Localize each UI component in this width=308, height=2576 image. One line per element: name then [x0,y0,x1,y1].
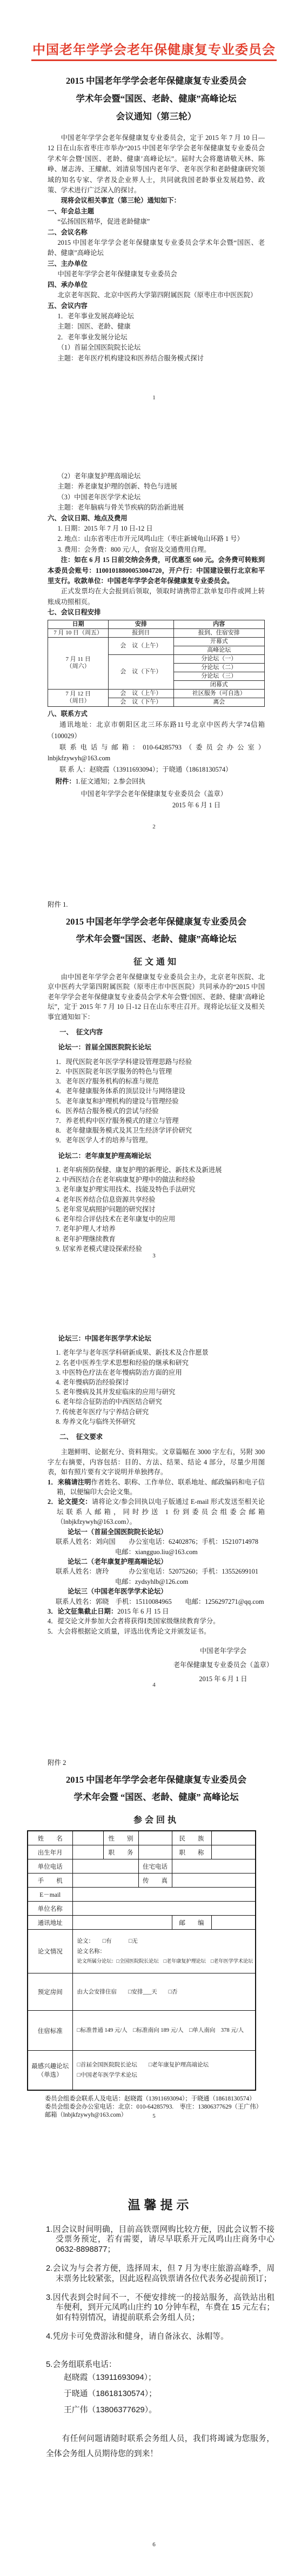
list-item: 9．老年医学人才的培养与管理。 [48,1135,265,1145]
page-5: 附件 2 2015 中国老年学学会老年保健康复专业委员会 学术年会暨 “国医、老… [0,1716,308,2145]
call-for-papers-body: 由中国老年学学会老年保健康复专业委员会主办，北京老年医院、北京中医药大学第四附属… [48,972,265,1254]
list-item: 4. 老年慢病防治经验探讨 [48,1377,265,1387]
favorite-line: □中国老年医学学术论坛 [77,2070,253,2080]
tip-item: 5.会务组联系电话： [46,2360,274,2370]
ethnicity-label: 民 族 [172,1831,211,1845]
schedule-cell: 报到日 [109,628,173,637]
list-item: 6．医养结合服务模式的尝试与经验 [48,1106,265,1116]
section-heading: 四、承办单位 [48,280,265,290]
schedule-cell: 报到、住宿安排 [173,628,264,637]
list-item: 1. 日期：2015 年 7 月 10 日-12 日 [48,524,265,534]
contact-line: 联系人姓名：唐玲 办公室电话：52075260；手机：13552699101 [48,1567,265,1576]
list-item: 6. 老年综合评估技术在老年康复中的应用 [48,1214,265,1224]
schedule-cell: 闭幕式 [173,680,264,689]
form-row: 通讯地址 邮 编 [28,1916,256,1930]
page1-body: 中国老年学学会老年保健康复专业委员会，定于 2015 年 7 月 10 日—12… [0,133,308,364]
schedule-cell-date: 7 月 11 日 （周六） [48,637,109,689]
requirement-item: 1．来稿请注明作者姓名、职称、工作单位、联系地址、邮政编码和电子信箱，以便编印大… [48,1477,265,1497]
requirement-item: 3．论文征集截止日期：2015 年 6 月 15 日 [48,1607,265,1616]
item-number: 3． [48,1608,57,1615]
phone-line: 王广伟（13806377629）。 [46,2402,274,2418]
item-bold-label: 论文提交： [58,1498,92,1506]
form-row: 姓 名 性 别 民 族 [28,1831,256,1845]
intro-paragraph: 中国老年学学会老年保健康复专业委员会，定于 2015 年 7 月 10 日—12… [48,133,265,196]
org-field [72,1902,256,1916]
standard-line: □标准普通 149 元/人 □标准南向 189 元/人 □单人南向 378 元/… [77,2025,253,2036]
mobile-label: 手 机 [28,1874,72,1888]
list-item: 4．老年健康服务体系的顶层设计与网络建设 [48,1086,265,1096]
forum-heading: 论坛二：老年康复护理高端论坛 [48,1151,265,1161]
duty-label: 职 务 [103,1845,138,1859]
contact-line: 联系人姓名：刘向国 办公室电话：62402876；手机：15210714978 [48,1537,265,1547]
attachments-line: 附件：1.征文通知；2.参会回执 [48,777,265,787]
work-tel-field [72,1859,138,1874]
table-row: 7 月 12 日 （周日） 会 议（上午） 社区服务（可自选） [48,689,265,698]
contact-email-line: 电邮：xiangguo.liu@163.com [48,1547,265,1557]
item-number: 2． [48,1498,58,1506]
list-item: 主题：老年脑病与骨关节疾病的防治新进展 [48,503,265,513]
forum-heading: 论坛三：中国老年医学学术论坛 [48,1334,265,1343]
list-item: 1. 老年病预防保健、康复护理的新理论、新技术及新进展 [48,1165,265,1175]
fee-note-paragraph: 注：如在 6 月 15 日前交纳会务费，可优惠至 600 元。会务费可转账到本委… [48,555,265,586]
schedule-cell: 社区服务（可自选） [173,689,264,698]
title-line-3: 会议通知（第三轮） [48,108,265,125]
section-heading: 三、主办单位 [48,259,265,269]
page-6: 温馨提示 1.因会议时间明确，目前高铁票网购比较方便，因此会议暂不接受票务预定，… [0,2145,308,2576]
list-item: 3. 中医特色疗法在老年慢病防治方面的应用 [48,1368,265,1377]
section-heading: 二、 征文要求 [48,1432,265,1442]
tips-title: 温馨提示 [46,2145,274,2213]
attachments-list: 1.征文通知；2.参会回执 [76,778,145,785]
committee-contact-line: 委员会组委会办公室电话：北京：010-64285793. 枣庄：13806377… [45,2103,265,2111]
schedule-cell: 7 月 10 日（周五） [48,628,109,637]
org-name-header: 中国老年学学会老年保健康复专业委员会 [31,39,277,61]
name-label: 姓 名 [28,1831,72,1845]
page-3: 附件 1. 2015 中国老年学学会老年保健康复专业委员会 学术年会暨“国医、老… [0,858,308,1287]
email-field [72,1888,256,1902]
standard-label: 住宿标准 [28,2011,72,2051]
list-item: 主题：养老康复护理的创新、特色与进展 [48,481,265,492]
tip-item: 4.凭房卡可免费游泳和健身，请自备泳衣、泳帽等。 [46,2332,274,2341]
forum-contact-heading: 论坛二（老年康复护理高端论坛） [48,1557,265,1567]
contact-line: 联 系 人：赵晓霞（13911693094）；于晓通（18618130574） [48,764,265,775]
list-item: 5. 老年常见病照护问题的研究探讨 [48,1205,265,1214]
requirement-item: 5．大会将根据论文质量，评选出优秀论文并颁发证书。 [48,1627,265,1636]
item-text: 2015 年 6 月 15 日 [117,1608,169,1615]
section-heading: 八、联系方式 [48,709,265,719]
birthdate-label: 出生年月 [28,1845,72,1859]
tip-item: 3.因代表到会时间不一，不便安排统一的接站服务，高铁站出租车便利，到开元凤鸣山庄… [46,2293,274,2323]
page-number: 2 [0,824,308,830]
signature-org-line: 中国老年学学会 [156,1644,291,1658]
schedule-cell: 会 议（下午） [109,654,173,689]
paper-line: 论文所属分论坛：□全国医院院长论坛 □老年康复护理论坛 □老年医学学术论坛 [77,1957,253,1967]
section-text: 中国老年学学会老年保健康复专业委员会 [48,269,265,279]
date-line: 7 月 12 日 [49,691,107,698]
title-line-1: 2015 中国老年学学会老年保健康复专业委员会 [48,72,265,90]
date-line: （周日） [49,698,107,705]
list-item: 7．养老机构中医疗服务模式的建立与管理 [48,1116,265,1126]
section-text: “弘扬国医精华，促进老龄健康” [48,217,265,227]
table-row: 7 月 10 日（周五） 报到日 报到、住宿安排 [48,628,265,637]
schedule-cell: 离会 [173,698,264,706]
list-item: 4. 老年医养结合信息资源共享经验 [48,1195,265,1205]
page4-body: 论坛三：中国老年医学学术论坛 1. 老年学与老年医学科研新成果、新技术及合作愿景… [0,1287,308,1686]
home-tel-label: 住宅电话 [138,1859,172,1874]
page2-body: （2）老年康复护理高端论坛 主题：养老康复护理的创新、特色与进展 （3）中国老年… [0,429,308,811]
page-2: （2）老年康复护理高端论坛 主题：养老康复护理的创新、特色与进展 （3）中国老年… [0,429,308,858]
item-bold-label: 来稿请注明 [58,1478,91,1486]
list-item: 2．中医医院老年医学服务的特色与管理 [48,1067,265,1076]
notice-line: 现将会议相关事宜（第三轮）通知如下： [48,196,265,206]
page6-body: 温馨提示 1.因会议时间明确，目前高铁票网购比较方便，因此会议暂不接受票务预定，… [0,2145,308,2461]
form-row: 论文情况 论文： □有 □无 论文名称： 论文所属分论坛：□全国医院院长论坛 □… [28,1930,256,1973]
room-line: 由大会安排住宿 □安排___天 □否 [77,1987,253,1997]
conference-title: 2015 中国老年学学会老年保健康复专业委员会 学术年会暨“国医、老龄、健康”高… [0,72,308,125]
invoice-paragraph: 正式发票均在大会报到后领取，领取时请携带汇款单复印件或网上转账成功照相页。 [48,586,265,607]
list-item: 1．现代医院老年医学学科建设管理思路与经验 [48,1057,265,1067]
tip-item: 2.会议为与会者方便，选择周末，但 7 月为枣庄旅游高峰季，周末票务比较紧张，因… [46,2264,274,2284]
reply-form-title: 参会回执 [48,1813,265,1825]
page3-body: 附件 1. 2015 中国老年学学会老年保健康复专业委员会 学术年会暨“国医、老… [0,858,308,1254]
col-header-date: 日期 [48,620,109,628]
item-bold-label: 论文征集截止日期： [57,1608,117,1615]
table-header-row: 日期 安排 内容 [48,620,265,628]
attachment-label: 附件 2 [48,1757,265,1767]
form-row: E－mail [28,1888,256,1902]
room-label: 预定房间 [28,1973,72,2011]
form-row: 出生年月 职 务 职 称 [28,1845,256,1859]
form-row: 单位名称 [28,1902,256,1916]
attachments-label: 附件： [56,778,76,785]
section-heading: 七、会议日程安排 [48,607,265,618]
signature-org: 中国老年学学会老年保健康复专业委员会（盖章） [48,788,265,800]
gender-label: 性 别 [103,1831,138,1845]
duty-field [138,1845,172,1859]
schedule-cell: 会 议（上午） [109,637,173,654]
title-line-2: 学术年会暨 “国医、老龄、健康” 高峰论坛 [48,1789,265,1806]
schedule-cell: 分论坛（二） [173,663,264,672]
date-line: （周六） [49,663,107,670]
schedule-cell: 会 议（上午） [109,689,173,698]
address-field [72,1916,172,1930]
room-cell: 由大会安排住宿 □安排___天 □否 [72,1973,256,2011]
title-line-1: 2015 中国老年学学会老年保健康复专业委员会 [48,913,265,931]
signature-date: 2015 年 6 月 1 日 [48,800,265,811]
form-row: 手 机 传 真 [28,1874,256,1888]
birthdate-field [72,1845,103,1859]
list-item: 8．老年健康服务模式及其卫生经济学评价研究 [48,1126,265,1135]
mobile-field [72,1874,138,1888]
favorite-forum-cell: □首届全国医院院长论坛 □老年康复护理高端论坛 □中国老年医学学术论坛 [72,2051,256,2091]
phone-line: 于晓通（18618130574）； [46,2386,274,2402]
list-item: 2. 中西医结合在老年病康复护理中的做法和经验 [48,1175,265,1185]
intro-paragraph: 由中国老年学学会老年保健康复专业委员会主办，北京老年医院、北京中医药大学第四附属… [48,972,265,1022]
list-item: 1．老年事业发展高峰论坛 [48,311,265,322]
attachment-title: 2015 中国老年学学会老年保健康复专业委员会 学术年会暨 “国医、老龄、健康”… [48,1771,265,1806]
section-text: 北京老年医院、北京中医药大学第四附属医院（原枣庄市中医医院） [48,290,265,300]
page-number: 3 [0,1253,308,1259]
reply-form-table: 姓 名 性 别 民 族 出生年月 职 务 职 称 单位电话 [27,1830,256,2091]
call-for-papers-title: 征文通知 [48,955,265,967]
page-4: 论坛三：中国老年医学学术论坛 1. 老年学与老年医学科研新成果、新技术及合作愿景… [0,1287,308,1716]
favorite-forum-label: 最感兴趣论坛（单选） [28,2051,72,2091]
list-item: 1. 老年学与老年医学科研新成果、新技术及合作愿景 [48,1348,265,1357]
fax-label: 传 真 [138,1874,172,1888]
list-item: 3．老年医疗服务机构的标准与规范 [48,1076,265,1086]
signature-org-line: 老年保健康复专业委员会（盖章） [156,1658,291,1672]
section-heading: 一、 征文内容 [48,1027,265,1037]
gender-field [138,1831,172,1845]
form-row: 预定房间 由大会安排住宿 □安排___天 □否 [28,1973,256,2011]
list-item: 6. 老年综合征防治的中西医结合研究 [48,1397,265,1407]
section-heading: 二、会议名称 [48,228,265,238]
paper-line: 论文名称： [77,1946,253,1957]
address-label: 通讯地址 [28,1916,72,1930]
schedule-cell: 开幕式 [173,637,264,646]
document: 中国老年学学会老年保健康复专业委员会 2015 中国老年学学会老年保健康复专业委… [0,0,308,2576]
signature-block: 中国老年学学会 老年保健康复专业委员会（盖章） 2015 年 6 月 1 日 [156,1644,291,1686]
schedule-cell-date: 7 月 12 日 （周日） [48,689,109,706]
favorite-line: □首届全国医院院长论坛 □老年康复护理高端论坛 [77,2060,253,2070]
red-letterhead: 中国老年学学会老年保健康复专业委员会 [0,0,308,61]
work-tel-label: 单位电话 [28,1859,72,1874]
section-heading: 六、会议日期、地点及费用 [48,513,265,524]
page-number: 4 [0,1682,308,1688]
list-item: 2. 地点：山东省枣庄市开元凤鸣山庄（枣庄新城龟山环路 1 号） [48,534,265,544]
standard-cell: □标准普通 149 元/人 □标准南向 189 元/人 □单人南向 378 元/… [72,2011,256,2051]
list-item: 8. 寿养文化与临终关怀研究 [48,1417,265,1427]
list-item: 3. 费用：会务费：800 元/人，食宿及交通费用自理。 [48,545,265,555]
name-field [72,1831,103,1845]
form-row: 最感兴趣论坛（单选） □首届全国医院院长论坛 □老年康复护理高端论坛 □中国老年… [28,2051,256,2091]
form-row: 住宿标准 □标准普通 149 元/人 □标准南向 189 元/人 □单人南向 3… [28,2011,256,2051]
section-heading: 一、年会总主题 [48,206,265,217]
schedule-cell: 分论坛（三） [173,672,264,680]
list-item: 7. 老年护理人才培养 [48,1224,265,1234]
section-text: 2015 中国老年学学会老年保健康复专业委员会学术年会暨“国医、老龄、健康”高峰… [48,238,265,259]
schedule-cell: 高峰论坛 [173,646,264,654]
schedule-table: 日期 安排 内容 7 月 10 日（周五） 报到日 报到、住宿安排 7 月 11… [48,620,265,707]
list-item: 5. 老年慢病及其并发症临床的应用与研究 [48,1387,265,1397]
list-item: 5．老年康复和护理机构的建设与管理经验 [48,1096,265,1106]
title-line-2: 学术年会暨“国医、老龄、健康”高峰论坛 [48,931,265,948]
forum-heading: 论坛一：首届全国医院院长论坛 [48,1042,265,1052]
page-number: 6 [0,2541,308,2548]
closing-paragraph: 有任何问题请随时联系会务组人员，我们将竭诚为您服务，全体会务组人员期待您的到来！ [46,2431,274,2461]
col-header-plan: 安排 [109,620,173,628]
list-item: （3）中国老年医学学术论坛 [48,492,265,503]
list-item: 主题：老年医疗机构建设和医养结合服务模式探讨 [48,353,265,364]
title-line-1: 2015 中国老年学学会老年保健康复专业委员会 [48,1771,265,1789]
paper-line: 论文： □有 □无 [77,1936,253,1946]
paper-info-cell: 论文： □有 □无 论文名称： 论文所属分论坛：□全国医院院长论坛 □老年康复护… [72,1930,256,1973]
page-1: 中国老年学学会老年保健康复专业委员会 2015 中国老年学学会老年保健康复专业委… [0,0,308,429]
fax-field [172,1874,256,1888]
list-item: 8. 老年护理继续教育 [48,1234,265,1244]
contact-line: 联系人姓名：郭晓 手机：15110084965 电邮：1256297271@qq… [48,1597,265,1607]
list-item: （1）首届全国医院院长论坛 [48,343,265,353]
phone-line: 赵晓霞（13911693094）； [46,2370,274,2386]
tip-item: 1.因会议时间明确，目前高铁票网购比较方便，因此会议暂不接受票务预定，若有需要，… [46,2225,274,2254]
list-item: 主题：国医、老龄、健康 [48,322,265,332]
attachment-title: 2015 中国老年学学会老年保健康复专业委员会 学术年会暨“国医、老龄、健康”高… [48,913,265,948]
email-label: E－mail [28,1888,72,1902]
rank-field [211,1845,256,1859]
requirements-intro: 主题鲜明、论据充分、资料翔实。文章篇幅在 3000 字左右，另附 300 字左右… [48,1447,265,1477]
schedule-cell: 分论坛（一） [173,654,264,663]
form-row: 单位电话 住宅电话 [28,1859,256,1874]
date-line: 7 月 11 日 [49,656,107,663]
page5-body: 附件 2 2015 中国老年学学会老年保健康复专业委员会 学术年会暨 “国医、老… [0,1716,308,2120]
attachment-label: 附件 1. [48,899,265,909]
requirement-item: 4．提交论文并参加大会者将获得Ⅰ类国家级继续教育学分。 [48,1616,265,1626]
schedule-cell: 会 议（下午） [109,698,173,706]
requirement-item: 2．论文提交：请将论文/参会回执以电子版通过 E-mail 形式发送至相关论坛联… [48,1497,265,1527]
contact-line: 联系电话与邮箱：010-64285793（委员会办公室）lnbjkfzywyh@… [48,742,265,765]
contact-line: 通讯地址：北京市朝阳区北三环东路11号北京中医药大学74信箱（100029） [48,719,265,742]
list-item: 2．老年事业发展分论坛 [48,332,265,343]
forum-contact-heading: 论坛三（中国老年医学学术论坛） [48,1587,265,1596]
paper-label: 论文情况 [28,1930,72,1973]
zip-field [211,1916,256,1930]
item-number: 1． [48,1478,58,1486]
home-tel-field [172,1859,256,1874]
section-heading: 五、会议内容 [48,301,265,311]
list-item: 3. 老年康复护理实用技术、技能及特色手法研究 [48,1185,265,1194]
table-row: 7 月 11 日 （周六） 会 议（上午） 开幕式 [48,637,265,646]
page-number: 5 [0,2113,308,2119]
zip-label: 邮 编 [172,1916,211,1930]
list-item: （2）老年康复护理高端论坛 [48,471,265,481]
list-item: 7. 传统老年医疗与宁养结合研究 [48,1407,265,1417]
title-line-2: 学术年会暨“国医、老龄、健康”高峰论坛 [48,90,265,108]
page-number: 1 [0,394,308,401]
org-label: 单位名称 [28,1902,72,1916]
contact-email-line: 电邮：zydsyhlb@126.com [48,1577,265,1587]
committee-contact-line: 委员会组委会联系人及电话：赵晓霞（13911693094）；于晓通（186181… [45,2095,265,2103]
ethnicity-field [211,1831,256,1845]
rank-label: 职 称 [172,1845,211,1859]
col-header-content: 内容 [173,620,264,628]
list-item: 2. 名老中医养生学术思想和经验的继承和研究 [48,1358,265,1368]
forum-contact-heading: 论坛一（首届全国医院院长论坛） [48,1527,265,1537]
